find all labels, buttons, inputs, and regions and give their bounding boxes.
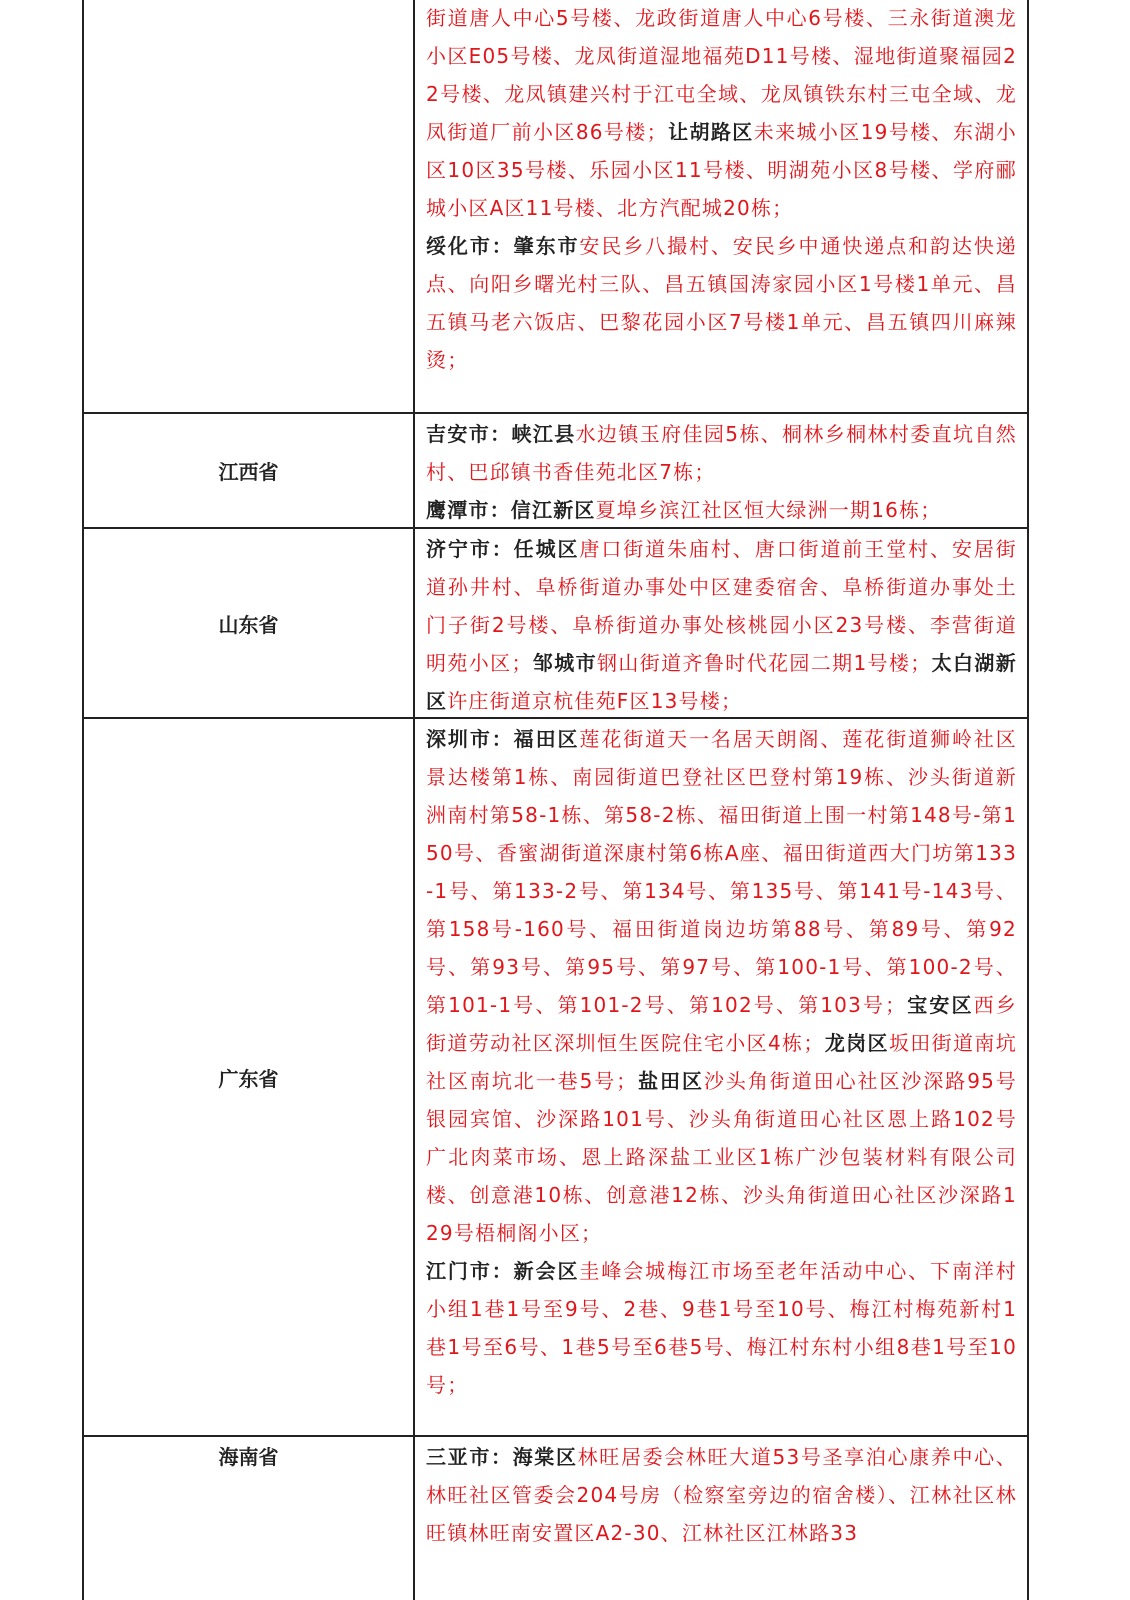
area-list-cell: 街道唐人中心5号楼、龙政街道唐人中心6号楼、三永街道澳龙小区E05号楼、龙凤街道… <box>415 0 1027 412</box>
city-district-label: 深圳市：福田区 <box>426 727 579 751</box>
city-district-label: 江门市：新会区 <box>426 1259 579 1283</box>
district-label: 龙岗区 <box>825 1031 889 1055</box>
area-text: 钢山街道齐鲁时代花园二期1号楼； <box>597 651 932 675</box>
district-label: 盐田区 <box>637 1069 704 1093</box>
table-row-continuation: 街道唐人中心5号楼、龙政街道唐人中心6号楼、三永街道澳龙小区E05号楼、龙凤街道… <box>84 0 1027 414</box>
area-block: 街道唐人中心5号楼、龙政街道唐人中心6号楼、三永街道澳龙小区E05号楼、龙凤街道… <box>426 0 1017 227</box>
area-list-cell: 深圳市：福田区莲花街道天一名居天朗阁、莲花街道狮岭社区景达楼第1栋、南园街道巴登… <box>415 719 1027 1435</box>
area-block: 三亚市：海棠区林旺居委会林旺大道53号圣享泊心康养中心、林旺社区管委会204号房… <box>426 1438 1017 1552</box>
area-block: 济宁市：任城区唐口街道朱庙村、唐口街道前王堂村、安居街道孙井村、阜桥街道办事处中… <box>426 530 1017 720</box>
risk-area-table: 街道唐人中心5号楼、龙政街道唐人中心6号楼、三永街道澳龙小区E05号楼、龙凤街道… <box>82 0 1029 1600</box>
area-block: 江门市：新会区圭峰会城梅江市场至老年活动中心、下南洋村小组1巷1号至9号、2巷、… <box>426 1252 1017 1404</box>
city-district-label: 吉安市：峡江县 <box>426 422 576 446</box>
city-district-label: 绥化市：肇东市 <box>426 234 579 258</box>
district-label: 宝安区 <box>906 993 973 1017</box>
area-text: 沙头角街道田心社区沙深路95号银园宾馆、沙深路101号、沙头角街道田心社区恩上路… <box>426 1069 1017 1245</box>
area-block: 绥化市：肇东市安民乡八撮村、安民乡中通快递点和韵达快递点、向阳乡曙光村三队、昌五… <box>426 227 1017 379</box>
province-cell <box>84 0 415 412</box>
province-cell: 广东省 <box>84 719 415 1435</box>
table-row-shandong: 山东省 济宁市：任城区唐口街道朱庙村、唐口街道前王堂村、安居街道孙井村、阜桥街道… <box>84 529 1027 719</box>
district-label: 邹城市 <box>533 651 597 675</box>
province-cell: 江西省 <box>84 414 415 527</box>
area-block: 鹰潭市：信江新区夏埠乡滨江社区恒大绿洲一期16栋； <box>426 491 1017 529</box>
city-district-label: 鹰潭市：信江新区 <box>426 498 596 522</box>
city-district-label: 三亚市：海棠区 <box>426 1445 578 1469</box>
area-block: 深圳市：福田区莲花街道天一名居天朗阁、莲花街道狮岭社区景达楼第1栋、南园街道巴登… <box>426 720 1017 1252</box>
area-text: 莲花街道天一名居天朗阁、莲花街道狮岭社区景达楼第1栋、南园街道巴登社区巴登村第1… <box>426 727 1017 1017</box>
area-list-cell: 三亚市：海棠区林旺居委会林旺大道53号圣享泊心康养中心、林旺社区管委会204号房… <box>415 1437 1027 1600</box>
table-row-hainan: 海南省 三亚市：海棠区林旺居委会林旺大道53号圣享泊心康养中心、林旺社区管委会2… <box>84 1437 1027 1600</box>
table-row-jiangxi: 江西省 吉安市：峡江县水边镇玉府佳园5栋、桐林乡桐林村委直坑自然村、巴邱镇书香佳… <box>84 414 1027 529</box>
area-list-cell: 济宁市：任城区唐口街道朱庙村、唐口街道前王堂村、安居街道孙井村、阜桥街道办事处中… <box>415 529 1027 717</box>
city-district-label: 济宁市：任城区 <box>426 537 579 561</box>
area-list-cell: 吉安市：峡江县水边镇玉府佳园5栋、桐林乡桐林村委直坑自然村、巴邱镇书香佳苑北区7… <box>415 414 1027 527</box>
province-cell: 山东省 <box>84 529 415 717</box>
area-text: 许庄街道京杭佳苑F区13号楼； <box>447 689 742 713</box>
province-cell: 海南省 <box>84 1437 415 1600</box>
area-text: 夏埠乡滨江社区恒大绿洲一期16栋； <box>596 498 942 522</box>
district-label: 让胡路区 <box>668 120 754 144</box>
table-row-guangdong: 广东省 深圳市：福田区莲花街道天一名居天朗阁、莲花街道狮岭社区景达楼第1栋、南园… <box>84 719 1027 1437</box>
area-block: 吉安市：峡江县水边镇玉府佳园5栋、桐林乡桐林村委直坑自然村、巴邱镇书香佳苑北区7… <box>426 415 1017 491</box>
